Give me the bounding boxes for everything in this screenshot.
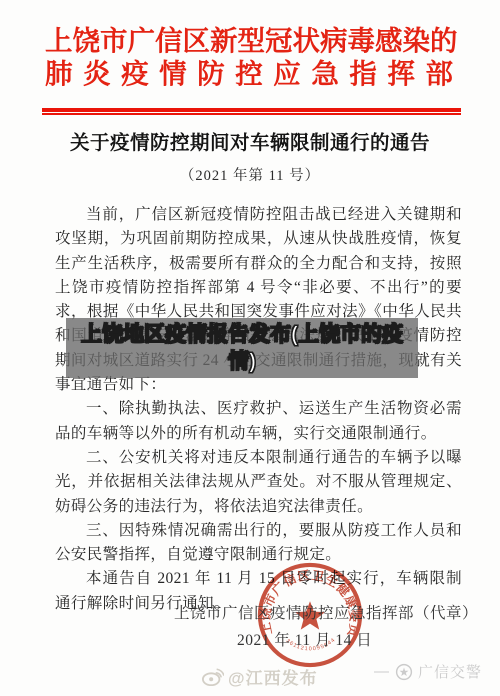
police-watermark-dash: — bbox=[374, 663, 390, 680]
police-badge-icon bbox=[395, 663, 413, 681]
notice-body: 当前，广信区新冠疫情防控阻击战已经进入关键期和攻坚期，为巩固前期防控成果，从速从… bbox=[55, 203, 462, 616]
letterhead-line2: 肺 炎 疫 情 防 控 应 急 指 挥 部 bbox=[45, 57, 453, 90]
police-watermark: — 广信交警 bbox=[374, 661, 482, 682]
weibo-watermark-text: @江西发布 bbox=[228, 664, 318, 689]
notice-paragraph: 二、公安机关将对违反本限制通行通告的车辆予以曝光，并依据相关法律法规从严查处。对… bbox=[55, 446, 462, 519]
page-title: 关于疫情防控期间对车辆限制通行的通告 bbox=[0, 127, 500, 155]
letterhead-line1: 上饶市广信区新型冠状病毒感染的 bbox=[45, 24, 453, 57]
letterhead: 上饶市广信区新型冠状病毒感染的 肺 炎 疫 情 防 控 应 急 指 挥 部 bbox=[45, 24, 453, 90]
signature-date: 2021 年 11 月 14 日 bbox=[237, 628, 372, 650]
letterhead-divider bbox=[42, 108, 461, 115]
notice-document: 上饶市广信区新型冠状病毒感染的 肺 炎 疫 情 防 控 应 急 指 挥 部 关于… bbox=[0, 0, 500, 696]
document-number: （2021 年第 11 号） bbox=[0, 164, 500, 185]
weibo-icon bbox=[202, 667, 224, 686]
signature-issuer: 上饶市广信区疫情防控应急指挥部（代章） bbox=[174, 601, 478, 623]
caption-overlay: 上饶地区疫情报告发布(上饶市的疫情) bbox=[66, 318, 418, 378]
weibo-watermark: @江西发布 bbox=[202, 664, 318, 689]
police-watermark-text: 广信交警 bbox=[418, 661, 482, 682]
caption-overlay-text: 上饶地区疫情报告发布(上饶市的疫情) bbox=[72, 321, 412, 375]
notice-paragraph: 一、除执勤执法、医疗救护、运送生产生活物资必需品的车辆等以外的所有机动车辆，实行… bbox=[55, 397, 462, 446]
